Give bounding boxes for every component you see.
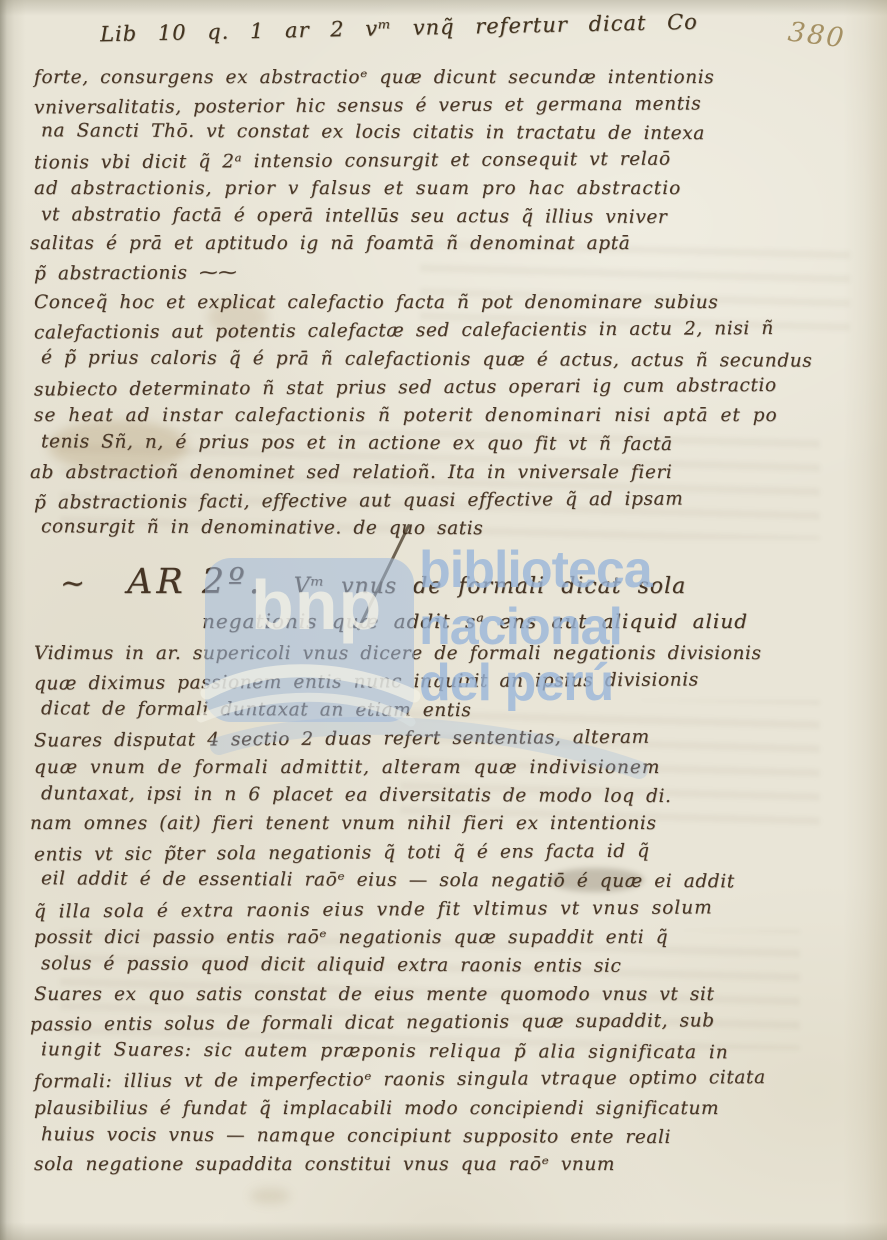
paper-edge-top — [0, 0, 887, 16]
manuscript-line: eil addit é de essentiali raōᵉ eius — so… — [41, 865, 846, 897]
manuscript-line: duntaxat, ipsi in n 6 placet ea diversit… — [41, 780, 846, 812]
text-block-2: Conceq̃ hoc et explicat calefactio facta… — [34, 289, 846, 544]
text-block-1: forte, consurgens ex abstractioᵉ quæ dic… — [34, 64, 846, 286]
article-heading-line1: ~ AR 2º. Vᵐ vnus de formali dicat sola — [60, 562, 800, 602]
manuscript-line: p̃ abstractionis ⁓⁓ — [34, 255, 846, 288]
manuscript-line: salitas é prā et aptitudo ig nā foamtā ñ… — [30, 230, 846, 258]
page-header: Lib 10 q. 1 ar 2 vᵐ vnq̃ refertur dicat … — [100, 16, 860, 40]
manuscript-line: plausibilius é fundat q̃ implacabili mod… — [34, 1095, 846, 1123]
manuscript-line: iungit Suares: sic autem præponis reliqu… — [41, 1036, 846, 1068]
manuscript-line: subiecto determinato ñ stat prius sed ac… — [34, 371, 846, 404]
manuscript-line: tionis vbi dicit q̃ 2ᵃ intensio consurgi… — [34, 145, 846, 178]
manuscript-line: é p̃ prius caloris q̃ é prā ñ calefactio… — [41, 344, 846, 376]
manuscript-line: ab abstractioñ denominet sed relatioñ. I… — [30, 459, 846, 487]
manuscript-line: q̃ illa sola é extra raonis eius vnde fi… — [34, 893, 846, 926]
manuscript-line: se heat ad instar calefactionis ñ poteri… — [34, 402, 846, 430]
manuscript-line: tenis Sñ, n, é prius pos et in actione e… — [41, 429, 846, 461]
manuscript-line: solus é passio quod dicit aliquid extra … — [41, 951, 846, 983]
heading-subtitle: negationis quæ addit sᵃ ens aut aliquid … — [202, 609, 800, 633]
manuscript-line: quæ vnum de formali admittit, alteram qu… — [34, 754, 846, 782]
header-title: Lib 10 q. 1 ar 2 vᵐ vnq̃ refertur dicat … — [100, 10, 698, 47]
heading-flourish: ~ — [60, 566, 85, 601]
manuscript-line: forte, consurgens ex abstractioᵉ quæ dic… — [34, 64, 846, 92]
ink-stain — [250, 1188, 290, 1204]
manuscript-line: vt abstratio factā é operā intellūs seu … — [41, 201, 846, 232]
manuscript-line: na Sancti Thō. vt constat ex locis citat… — [41, 118, 846, 149]
manuscript-line: passio entis solus de formali dicat nega… — [30, 1007, 846, 1040]
manuscript-line: dicat de formali duntaxat an etiam entis — [41, 695, 846, 727]
heading-article-label: AR 2º. — [127, 562, 264, 602]
text-block-3: Vidimus in ar. supericoli vnus dicere de… — [34, 640, 846, 1180]
paper-edge-left — [0, 0, 26, 1240]
manuscript-line: formali: illius vt de imperfectioᵉ raoni… — [34, 1064, 846, 1097]
manuscript-line: sola negatione supaddita constitui vnus … — [34, 1151, 846, 1179]
manuscript-line: quæ diximus passionem entis nunc inquiri… — [34, 666, 846, 699]
manuscript-line: Conceq̃ hoc et explicat calefactio facta… — [34, 289, 846, 317]
manuscript-line: calefactionis aut potentis calefactæ sed… — [34, 315, 846, 348]
manuscript-line: Suares ex quo satis constat de eius ment… — [34, 981, 846, 1009]
manuscript-line: Vidimus in ar. supericoli vnus dicere de… — [34, 640, 846, 668]
manuscript-line: Suares disputat 4 sectio 2 duas refert s… — [34, 723, 846, 756]
article-heading: ~ AR 2º. Vᵐ vnus de formali dicat sola n… — [60, 562, 800, 633]
manuscript-line: consurgit ñ in denominative. de quo sati… — [41, 514, 846, 546]
paper-edge-bottom — [0, 1222, 887, 1240]
manuscript-line: huius vocis vnus — namque concipiunt sup… — [41, 1121, 846, 1153]
manuscript-line: nam omnes (ait) fieri tenent vnum nihil … — [30, 810, 846, 838]
manuscript-page: Lib 10 q. 1 ar 2 vᵐ vnq̃ refertur dicat … — [0, 0, 887, 1240]
paper-edge-right — [843, 0, 887, 1240]
manuscript-line: possit dici passio entis raōᵉ negationis… — [34, 924, 846, 952]
manuscript-line: entis vt sic p̃ter sola negationis q̃ to… — [34, 836, 846, 869]
manuscript-line: ad abstractionis, prior v falsus et suam… — [34, 175, 846, 203]
folio-number: 380 — [786, 17, 847, 55]
heading-title: Vᵐ vnus de formali dicat sola — [294, 574, 687, 599]
